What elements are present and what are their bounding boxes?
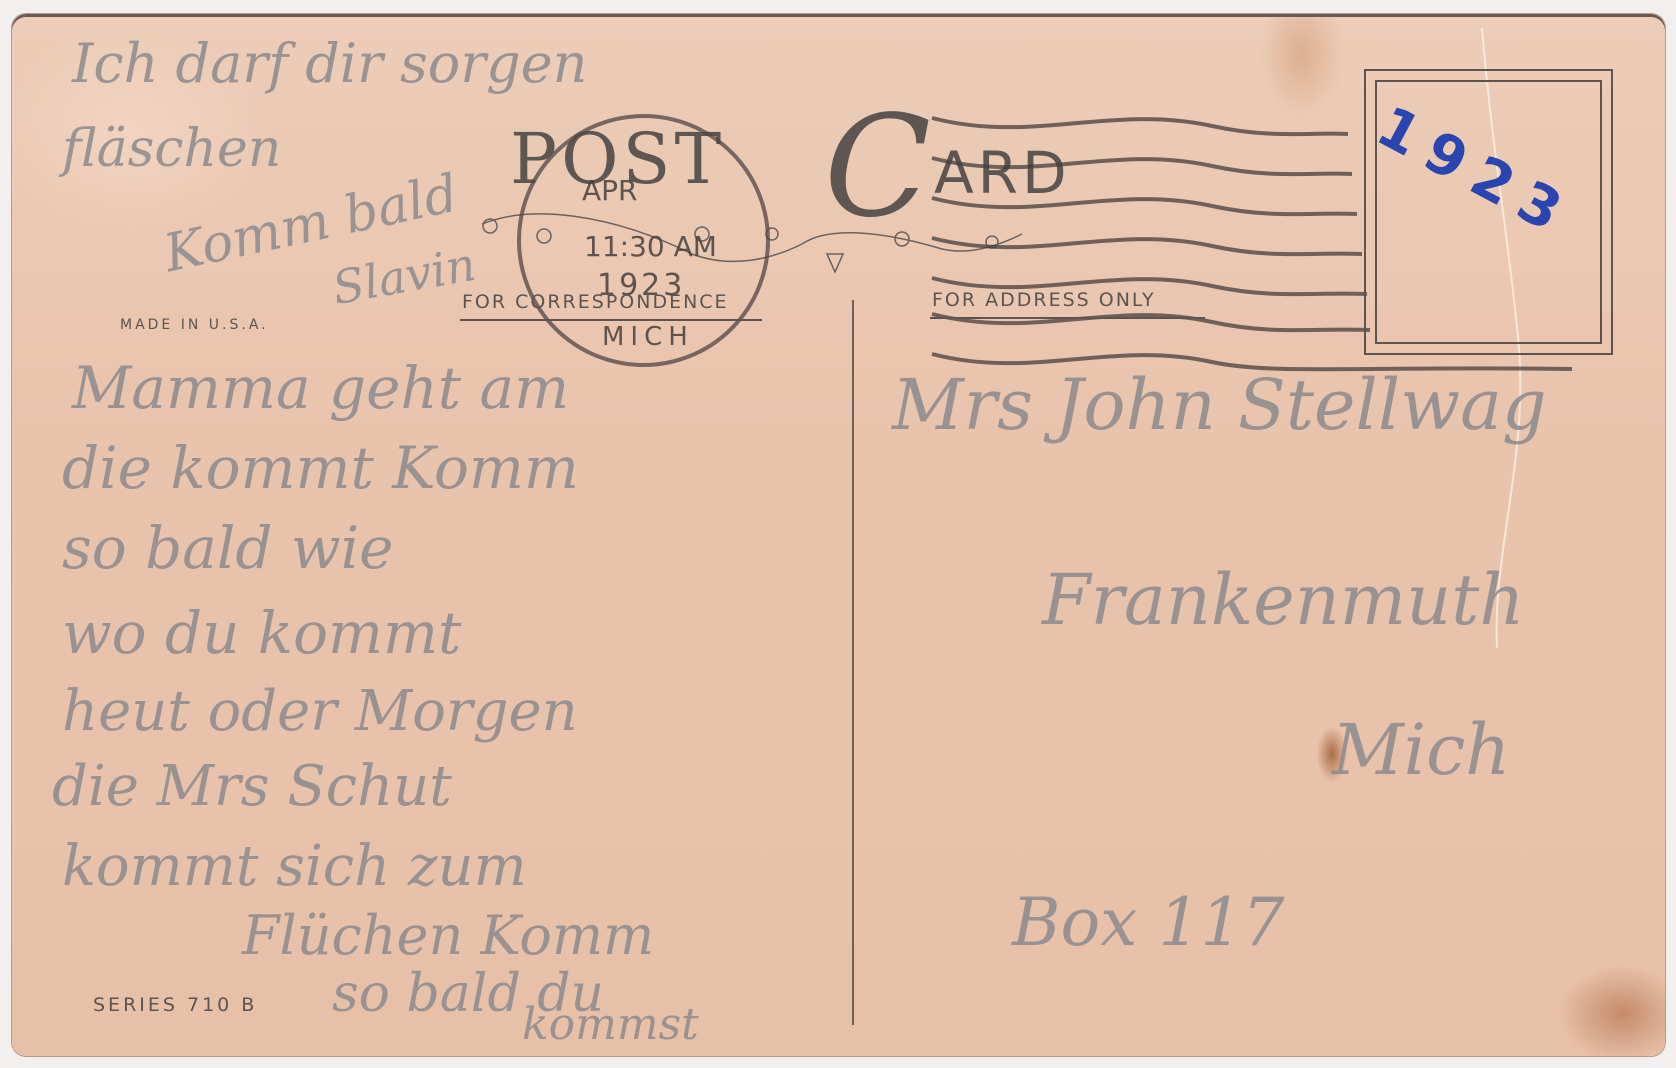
- center-divider: [852, 300, 854, 1025]
- made-in-usa: MADE IN U.S.A.: [120, 317, 269, 333]
- address-line-name: Mrs John Stellwag: [892, 364, 1547, 446]
- correspondence-underline: [460, 319, 762, 321]
- series-number: SERIES 710 B: [93, 994, 257, 1016]
- message-line: wo du kommt: [62, 599, 461, 667]
- message-line: die kommt Komm: [62, 434, 579, 502]
- address-line-state: Mich: [1332, 709, 1510, 791]
- label-address: FOR ADDRESS ONLY: [932, 289, 1156, 311]
- message-line: so bald wie: [62, 514, 393, 582]
- address-line-box: Box 117: [1012, 884, 1284, 961]
- message-line: kommst: [522, 999, 699, 1050]
- message-line: Ich darf dir sorgen: [72, 32, 587, 95]
- message-line: Mamma geht am: [72, 354, 569, 422]
- message-line: heut oder Morgen: [62, 679, 578, 744]
- message-line: Flüchen Komm: [242, 904, 654, 967]
- address-line-city: Frankenmuth: [1042, 559, 1524, 641]
- message-line: kommt sich zum: [62, 834, 527, 899]
- message-line: die Mrs Schut: [52, 754, 452, 819]
- label-correspondence: FOR CORRESPONDENCE: [462, 291, 729, 313]
- postcard: POST C ARD APR 11:30 AM 1923 MICH FOR CO…: [12, 14, 1665, 1056]
- address-underline: [930, 317, 1205, 319]
- message-line: fläschen: [62, 119, 281, 179]
